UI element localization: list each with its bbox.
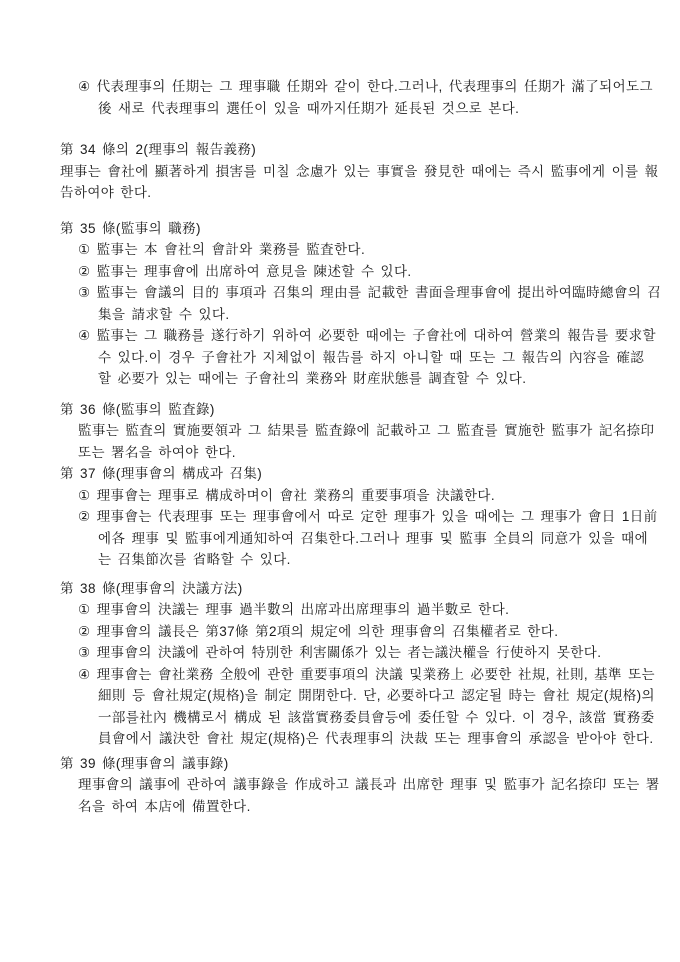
clause-continuation-line: 에各 理事 및 監事에게通知하여 召集한다.그러나 理事 및 監事 全員의 同意… [98,528,640,550]
clause-continuation-line: 수 있다.이 경우 子會社가 지체없이 報告를 하지 아니할 때 또는 그 報告… [98,347,640,369]
clause-continuation-line: 員會에서 議決한 會社 規定(規格)은 代表理事의 決裁 또는 理事會의 承認을… [98,728,640,750]
clause-line: ③ 監事는 會議의 目的 事項과 召集의 理由를 記載한 書面을理事會에 提出하… [78,282,640,304]
clause-continuation-line: 는 召集節次를 省略할 수 있다. [98,549,640,571]
body-line: 名을 하여 本店에 備置한다. [78,796,640,818]
clause-line: ② 理事會의 議長은 第37條 第2項의 規定에 의한 理事會의 召集權者로 한… [78,621,640,643]
clause-line: ② 監事는 理事會에 出席하여 意見을 陳述할 수 있다. [78,261,640,283]
clause-line: ① 理事會는 理事로 構成하며이 會社 業務의 重要事項을 決議한다. [78,485,640,507]
clause-line: ④ 代表理事의 任期는 그 理事職 任期와 같이 한다.그러나, 代表理事의 任… [78,76,640,98]
clause-line: ① 理事會의 決議는 理事 過半數의 出席과出席理事의 過半數로 한다. [78,599,640,621]
body-line: 告하여야 한다. [60,182,640,204]
clause-line: ① 監事는 本 會社의 會計와 業務를 監査한다. [78,239,640,261]
body-line: 監事는 監査의 實施要領과 그 結果를 監査錄에 記載하고 그 監査를 實施한 … [78,420,640,442]
clause-line: ② 理事會는 代表理事 또는 理事會에서 따로 定한 理事가 있을 때에는 그 … [78,506,640,528]
clause-continuation-line: 集을 請求할 수 있다. [98,304,640,326]
clause-continuation-line: 細則 등 會社規定(規格)을 制定 開閉한다. 단, 必要하다고 認定될 時는 … [98,685,640,707]
body-line: 理事는 會社에 顯著하게 損害를 미칠 念慮가 있는 事實을 發見한 때에는 즉… [60,161,640,183]
article-heading: 第 36 條(監事의 監査錄) [60,399,640,421]
body-line: 또는 署名을 하여야 한다. [78,442,640,464]
clause-continuation-line: 一部를社內 機構로서 構成 된 該當實務委員會등에 委任할 수 있다. 이 경우… [98,707,640,729]
article-heading: 第 38 條(理事會의 決議方法) [60,578,640,600]
clause-line: ④ 理事會는 會社業務 全般에 관한 重要事項의 決議 및業務上 必要한 社規,… [78,664,640,686]
clause-continuation-line: 할 必要가 있는 때에는 子會社의 業務와 財産狀態를 調査할 수 있다. [98,368,640,390]
clause-continuation-line: 後 새로 代表理事의 選任이 있을 때까지任期가 延長된 것으로 본다. [98,98,640,120]
document-page: ④ 代表理事의 任期는 그 理事職 任期와 같이 한다.그러나, 代表理事의 任… [0,0,680,962]
clause-line: ③ 理事會의 決議에 관하여 特別한 利害關係가 있는 者는議決權을 行使하지 … [78,642,640,664]
body-line: 理事會의 議事에 관하여 議事錄을 作成하고 議長과 出席한 理事 및 監事가 … [78,774,640,796]
article-heading: 第 37 條(理事會의 構成과 召集) [60,463,640,485]
article-heading: 第 39 條(理事會의 議事錄) [60,753,640,775]
article-heading: 第 34 條의 2(理事의 報告義務) [60,139,640,161]
article-heading: 第 35 條(監事의 職務) [60,218,640,240]
clause-line: ④ 監事는 그 職務를 遂行하기 위하여 必要한 때에는 子會社에 대하여 營業… [78,325,640,347]
